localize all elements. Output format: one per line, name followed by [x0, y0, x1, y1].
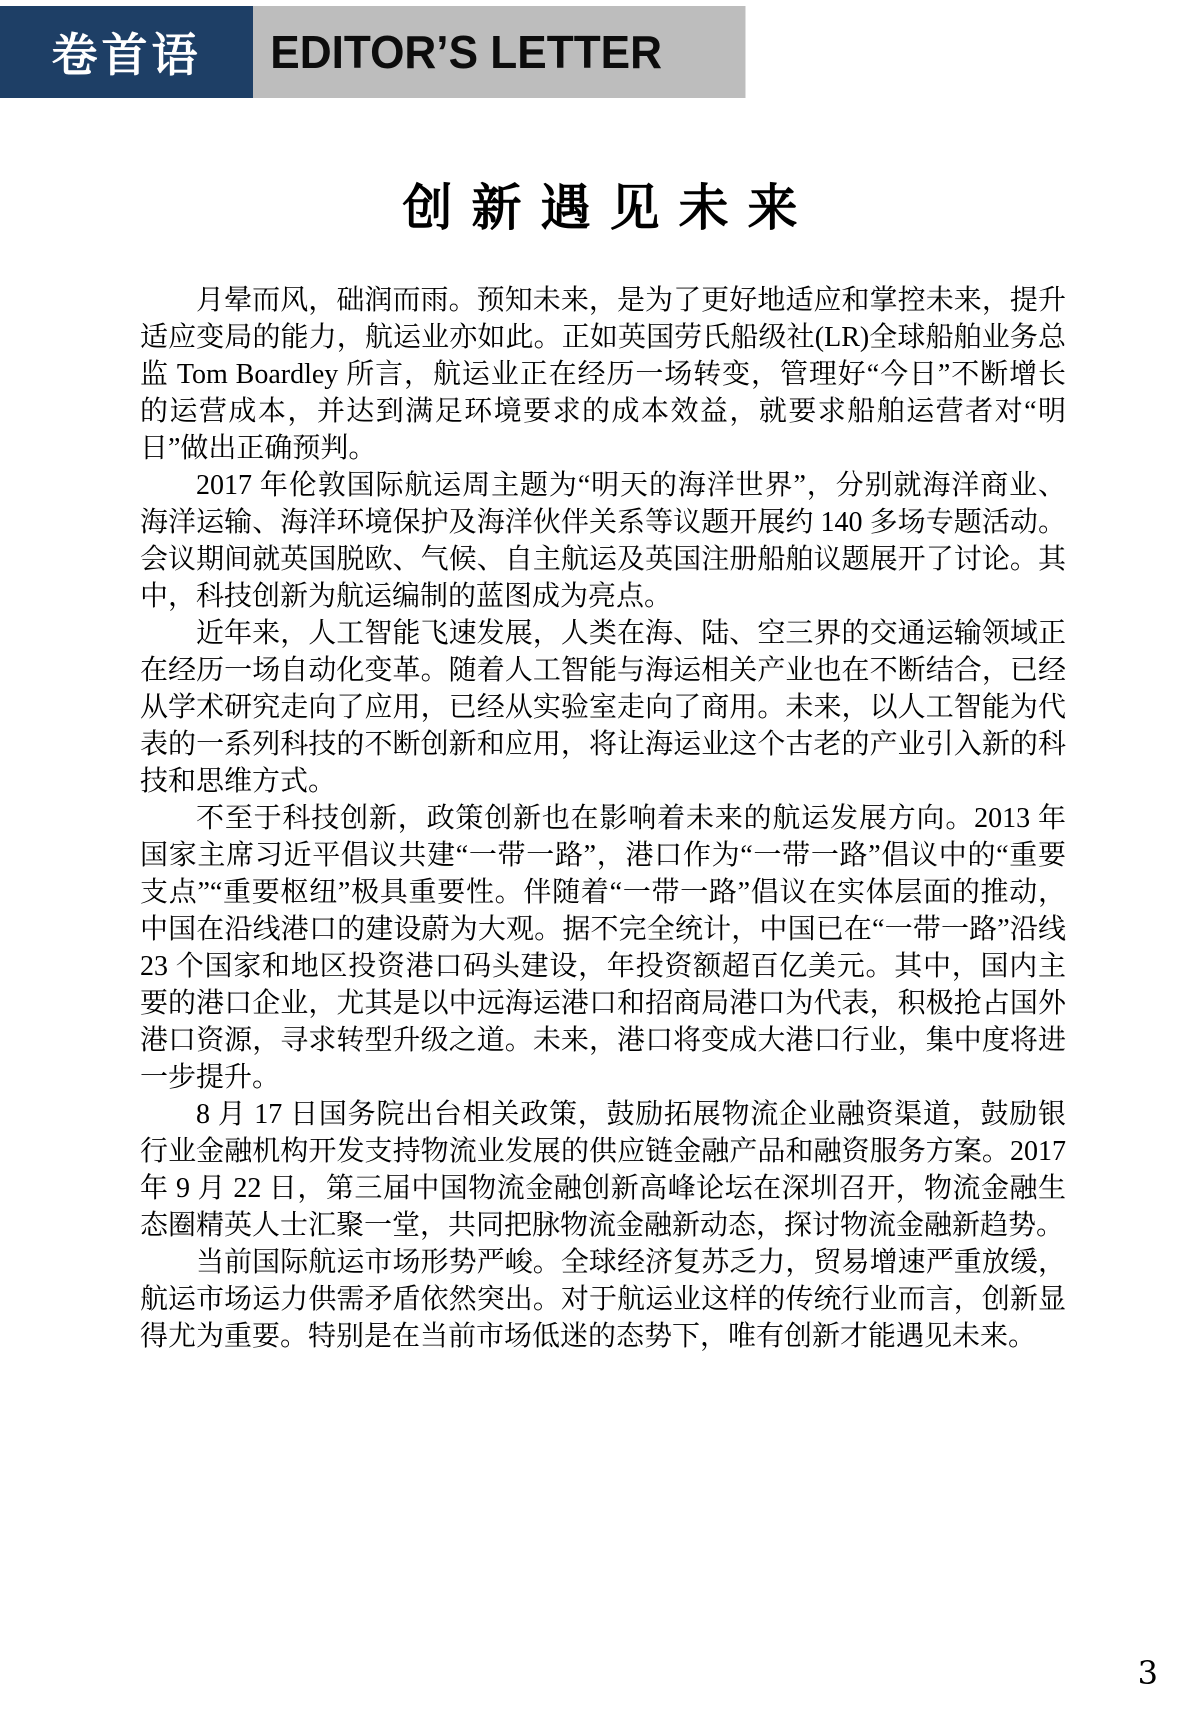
- paragraph-5: 8 月 17 日国务院出台相关政策，鼓励拓展物流企业融资渠道，鼓励银行业金融机构…: [140, 1096, 1066, 1244]
- article-title: 创新遇见未来: [0, 168, 1200, 240]
- paragraph-1: 月晕而风，础润而雨。预知未来，是为了更好地适应和掌控未来，提升适应变局的能力，航…: [140, 282, 1066, 467]
- page-number: 3: [1138, 1654, 1158, 1692]
- editors-letter-page: 卷首语 EDITOR’S LETTER 创新遇见未来 月晕而风，础润而雨。预知未…: [0, 0, 1200, 1710]
- paragraph-3: 近年来，人工智能飞速发展，人类在海、陆、空三界的交通运输领域正在经历一场自动化变…: [140, 615, 1066, 800]
- paragraph-4: 不至于科技创新，政策创新也在影响着未来的航运发展方向。2013 年国家主席习近平…: [140, 800, 1066, 1096]
- paragraph-6: 当前国际航运市场形势严峻。全球经济复苏乏力，贸易增速严重放缓，航运市场运力供需矛…: [140, 1244, 1066, 1355]
- article-body: 月晕而风，础润而雨。预知未来，是为了更好地适应和掌控未来，提升适应变局的能力，航…: [140, 282, 1066, 1355]
- section-label-english: EDITOR’S LETTER: [253, 6, 745, 98]
- page-header-banner: 卷首语 EDITOR’S LETTER: [0, 6, 766, 98]
- paragraph-2: 2017 年伦敦国际航运周主题为“明天的海洋世界”，分别就海洋商业、海洋运输、海…: [140, 467, 1066, 615]
- section-label-chinese: 卷首语: [0, 6, 253, 98]
